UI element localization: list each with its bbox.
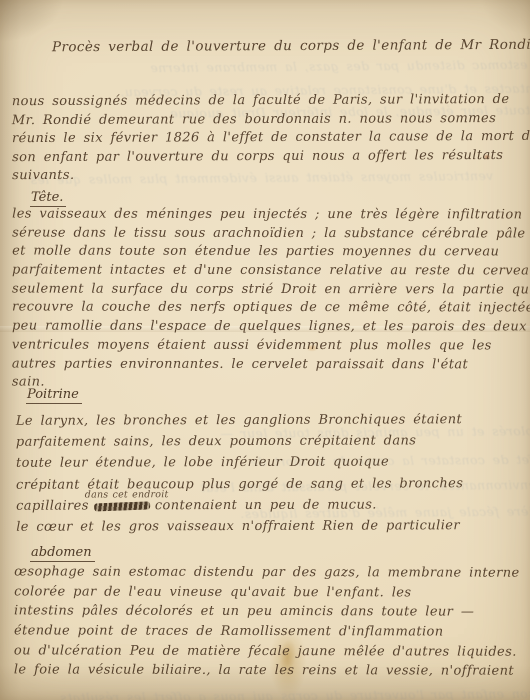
page-title: Procès verbal de l'ouverture du corps de… [52,36,530,57]
text-line: œsophage sain estomac distendu par des g… [14,562,520,583]
text-line: les vaisseaux des méninges peu injectés … [12,206,530,226]
section-heading-abdomen: abdomen [30,541,95,562]
text-line: nous soussignés médecins de la faculté d… [12,91,530,112]
intro-paragraph: nous soussignés médecins de la faculté d… [12,91,530,186]
text-line: crépitant était beaucoup plus gorgé de s… [16,473,463,496]
section-heading-tete: Tête. [30,186,66,207]
text-line: Mr. Rondié demeurant rue des bourdonnais… [12,109,530,130]
text-line: parfaitement intactes et d'une consistan… [12,262,530,282]
text-line: étendue point de traces de Ramollissemen… [14,621,520,642]
heading-label: Tête. [30,190,66,207]
text-line: séreuse dans le tissu sous arachnoïdien … [12,224,530,244]
text-line: son enfant par l'ouverture du corps qui … [12,147,530,168]
text-line: sain. [12,374,530,394]
text-line: recouvre la couche des nerfs optiques de… [12,299,530,319]
text-line: le cœur et les gros vaisseaux n'offraien… [16,515,463,538]
document-title-section: Procès verbal de l'ouverture du corps de… [52,36,530,57]
struck-word-scribble [94,501,150,511]
text-line: et molle dans toute son étendue les part… [12,243,530,263]
text-line: ou d'ulcération Peu de matière fécale ja… [14,641,520,662]
text-line: Le larynx, les bronches et les ganglions… [16,409,463,432]
text-line: suivants. [12,165,530,186]
text-line: peu ramollie dans l'espace de quelques l… [12,318,530,338]
text-line: intestins pâles décolorés et un peu amin… [14,602,520,623]
text-fragment: contenaient un peu de mucus. [155,497,377,513]
text-fragment: capillaires [16,498,89,513]
poitrine-paragraph: Le larynx, les bronches et les ganglions… [16,409,464,538]
text-line: colorée par de l'eau vineuse qu'avait bu… [14,582,520,603]
section-heading-poitrine: Poitrine [26,383,82,404]
text-line: parfaitement sains, les deux poumons cré… [16,430,463,453]
text-line: seulement la surface du corps strié Droi… [12,280,530,300]
heading-label: abdomen [30,545,95,562]
text-line: autres parties environnantes. le cervele… [12,355,530,375]
manuscript-page: œsophage sain estomac distendu par des g… [0,0,530,700]
text-line-with-correction: capillairesdans cet endroitcontenaient u… [16,494,463,517]
text-line: réunis le six février 1826 à l'effet de … [12,128,530,149]
text-line: ventricules moyens étaient aussi évidemm… [12,336,530,356]
bleedthrough-line: œsophage sain estomac distendu par des g… [150,56,530,75]
text-line: toute leur étendue, le lobe inférieur Dr… [16,452,463,475]
abdomen-paragraph: œsophage sain estomac distendu par des g… [14,562,520,681]
heading-label: Poitrine [26,387,82,404]
bleedthrough-line: son enfant par l'ouverture du corps qui … [60,686,530,700]
tete-paragraph: les vaisseaux des méninges peu injectés … [12,206,530,394]
text-line: le foie la vésicule biliaire., la rate l… [14,661,520,682]
